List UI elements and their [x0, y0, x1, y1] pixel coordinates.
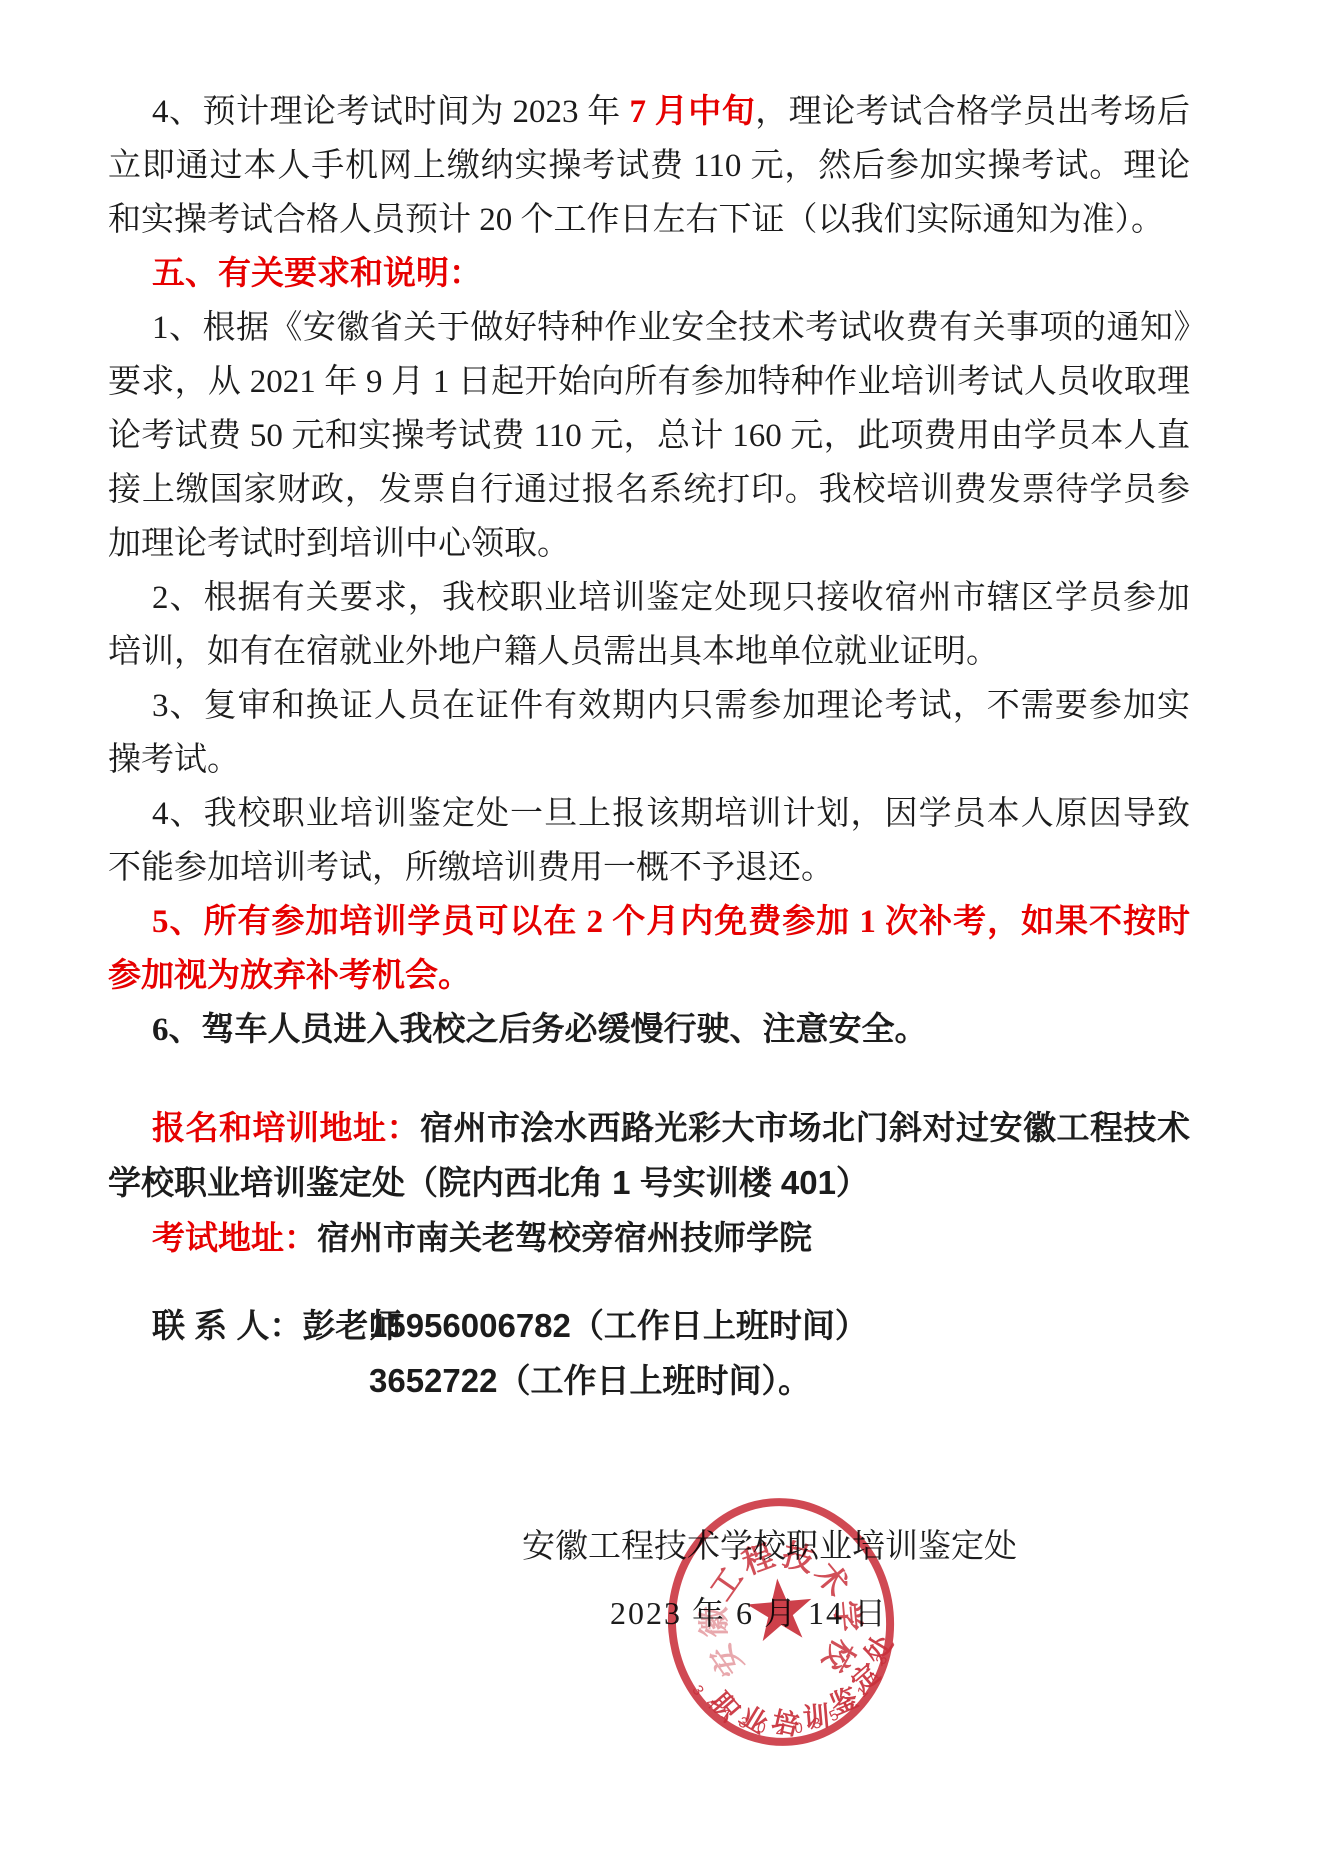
seal-number-char: 0: [794, 1720, 804, 1738]
document-page: 4、预计理论考试时间为 2023 年 7 月中旬，理论考试合格学员出考场后立即通…: [0, 0, 1323, 1871]
section-heading-requirements: 五、有关要求和说明：: [108, 247, 1190, 301]
seal-number-char: 4: [864, 1669, 883, 1686]
seal-number-char: 3: [736, 1713, 751, 1732]
seal-number-char: 1: [718, 1705, 735, 1724]
seal-number-char: 4: [702, 1695, 720, 1713]
seal-number-char: 3: [872, 1652, 891, 1667]
register-address-label: 报名和培训地址：: [152, 1109, 420, 1146]
signature-date: 2023 年 6 月 14 日: [610, 1586, 1190, 1640]
seal-banner-char: 鉴: [823, 1676, 863, 1722]
contact-phone-secondary: 3652722（工作日上班时间）。: [369, 1353, 1190, 1408]
contact-person-label: 联 系 人：彭老师: [108, 1298, 369, 1408]
seal-number-char: 5: [841, 1696, 858, 1715]
document-body: 4、预计理论考试时间为 2023 年 7 月中旬，理论考试合格学员出考场后立即通…: [108, 85, 1190, 1640]
requirement-item-2: 2、根据有关要求，我校职业培训鉴定处现只接收宿州市辖区学员参加培训，如有在宿就业…: [108, 571, 1190, 679]
seal-banner-char: 职: [703, 1682, 750, 1728]
seal-banner-char: 培: [768, 1699, 803, 1743]
seal-number-char: 5: [827, 1706, 842, 1725]
seal-number-char: 3: [688, 1682, 707, 1699]
requirement-item-3: 3、复审和换证人员在证件有效期内只需参加理论考试，不需要参加实操考试。: [108, 679, 1190, 787]
requirement-item-5-makeup-exam: 5、所有参加培训学员可以在 2 个月内免费参加 1 次补考，如果不按时参加视为放…: [108, 895, 1190, 1003]
paragraph-exam-schedule: 4、预计理论考试时间为 2023 年 7 月中旬，理论考试合格学员出考场后立即通…: [108, 85, 1190, 247]
seal-number-char: 1: [854, 1683, 872, 1701]
signature-organization: 安徽工程技术学校职业培训鉴定处: [522, 1520, 1190, 1574]
exam-address-label: 考试地址：: [152, 1219, 317, 1256]
seal-banner-char: 训: [801, 1694, 831, 1735]
paragraph-register-address: 报名和培训地址：宿州市浍水西路光彩大市场北门斜对过安徽工程技术学校职业培训鉴定处…: [108, 1101, 1190, 1211]
requirement-item-1: 1、根据《安徽省关于做好特种作业安全技术考试收费有关事项的通知》要求，从 202…: [108, 301, 1190, 571]
seal-banner-char: 定: [841, 1653, 887, 1700]
seal-number-char: 3: [811, 1714, 823, 1733]
exam-address-text: 宿州市南关老驾校旁宿州技师学院: [317, 1219, 812, 1256]
exam-date-highlight: 7 月中旬: [630, 94, 756, 130]
exam-schedule-text-pre: 4、预计理论考试时间为 2023 年: [152, 94, 630, 130]
requirement-item-6-driving-safety: 6、驾车人员进入我校之后务必缓慢行驶、注意安全。: [108, 1003, 1190, 1057]
contact-section: 联 系 人：彭老师 15956006782（工作日上班时间） 3652722（工…: [108, 1298, 1190, 1408]
contact-phones: 15956006782（工作日上班时间） 3652722（工作日上班时间）。: [369, 1298, 1190, 1408]
seal-ring-char: 安: [697, 1636, 752, 1687]
requirement-item-4: 4、我校职业培训鉴定处一旦上报该期培训计划，因学员本人原因导致不能参加培训考试，…: [108, 787, 1190, 895]
paragraph-exam-address: 考试地址：宿州市南关老驾校旁宿州技师学院: [108, 1211, 1190, 1266]
seal-banner-char: 业: [733, 1694, 776, 1741]
contact-phone-primary: 15956006782（工作日上班时间）: [369, 1298, 1190, 1353]
seal-number-char: 2: [775, 1721, 785, 1739]
seal-number-char: 0: [755, 1719, 767, 1738]
